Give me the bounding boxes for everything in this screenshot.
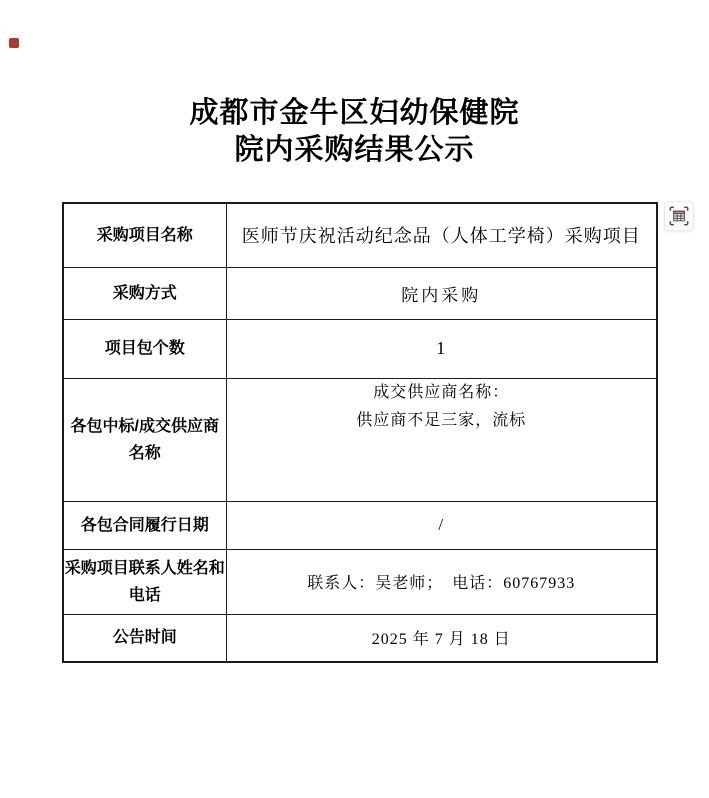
table-row-package-count: 项目包个数 1 [63, 319, 657, 378]
table-capture-icon [669, 206, 689, 226]
label-cell: 采购方式 [63, 267, 226, 319]
value-cell: / [226, 501, 657, 549]
click-marker [9, 38, 19, 48]
value-cell: 联系人：吴老师； 电话：60767933 [226, 549, 657, 614]
document-title-line2: 院内采购结果公示 [0, 132, 709, 169]
label-cell: 公告时间 [63, 614, 226, 662]
value-line: 成交供应商名称： [227, 379, 657, 407]
value-cell: 1 [226, 319, 657, 378]
procurement-result-table: 采购项目名称 医师节庆祝活动纪念品（人体工学椅）采购项目 采购方式 院内采购 项… [62, 202, 658, 663]
table-row-winning-supplier: 各包中标/成交供应商名称 成交供应商名称： 供应商不足三家，流标 [63, 378, 657, 501]
table-capture-button[interactable] [664, 201, 694, 231]
value-line: 供应商不足三家，流标 [227, 407, 657, 435]
table-row-project-name: 采购项目名称 医师节庆祝活动纪念品（人体工学椅）采购项目 [63, 203, 657, 267]
table-row-contract-period: 各包合同履行日期 / [63, 501, 657, 549]
label-cell: 各包中标/成交供应商名称 [63, 378, 226, 501]
value-cell: 成交供应商名称： 供应商不足三家，流标 [226, 378, 657, 501]
label-cell: 采购项目联系人姓名和电话 [63, 549, 226, 614]
table-row-procurement-method: 采购方式 院内采购 [63, 267, 657, 319]
document-title: 成都市金牛区妇幼保健院 院内采购结果公示 [0, 95, 709, 169]
value-cell: 2025 年 7 月 18 日 [226, 614, 657, 662]
label-cell: 各包合同履行日期 [63, 501, 226, 549]
label-cell: 项目包个数 [63, 319, 226, 378]
label-cell: 采购项目名称 [63, 203, 226, 267]
value-cell: 医师节庆祝活动纪念品（人体工学椅）采购项目 [226, 203, 657, 267]
document-title-line1: 成都市金牛区妇幼保健院 [0, 95, 709, 132]
table-row-contact-info: 采购项目联系人姓名和电话 联系人：吴老师； 电话：60767933 [63, 549, 657, 614]
value-cell: 院内采购 [226, 267, 657, 319]
table-row-announcement-date: 公告时间 2025 年 7 月 18 日 [63, 614, 657, 662]
